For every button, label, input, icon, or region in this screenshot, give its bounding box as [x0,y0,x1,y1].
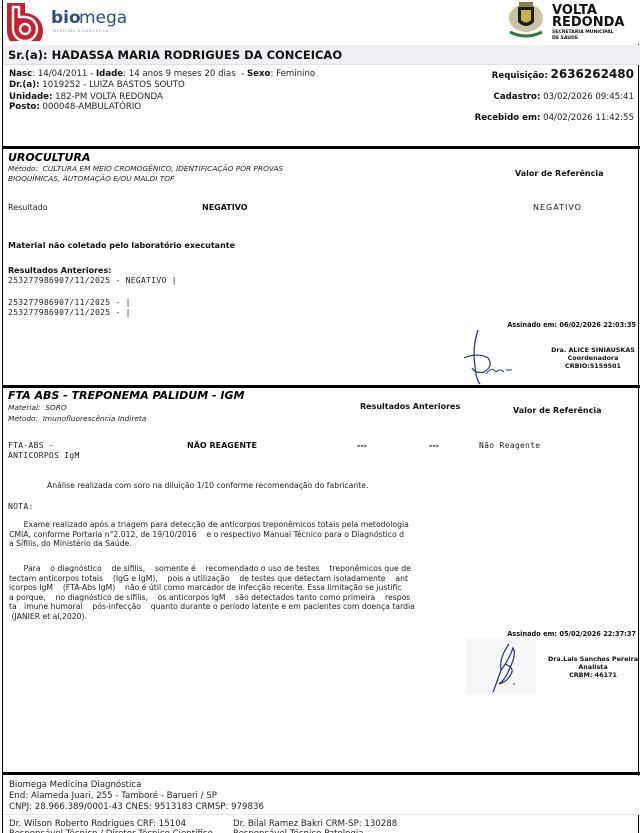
exam-material: Material: SORO [8,403,67,413]
footer-director-1-role: Responsável Técnico / Diretor Técnico Ci… [9,829,213,833]
received-date: Recebido em: 04/02/2026 11:42:55 [475,113,634,123]
previous-result-1: --- [357,441,367,450]
biomega-b-logo-icon [7,3,43,41]
svg-text:mega: mega [79,8,127,28]
previous-result: 253277986907/11/2025 - | [8,298,131,308]
footer-director-2: Dr. Bilal Ramez Bakri CRM-SP: 130288 [233,819,397,829]
exam-method: Método: CULTURA EM MEIO CROMOGÊNICO, IDE… [8,164,283,184]
footer-ids: CNPJ: 28.966.389/0001-43 CNES: 9513183 C… [9,802,264,812]
nota-label: NOTA: [8,502,34,512]
signature-image [487,640,527,696]
registered-date: Cadastro: 03/02/2026 09:45:41 [494,92,634,102]
reference-header: Valor de Referência [513,406,602,415]
section-divider [3,146,640,149]
signer-info: Dra. ALICE SINIAUSKAS Coordenadora CRBIO… [548,346,638,370]
footer-address: End: Alameda Juari, 255 - Tamboré - Baru… [9,791,217,801]
footer-company: Biomega Medicina Diagnóstica [9,780,141,790]
svg-text:MEDICINA DIAGNÓSTICA: MEDICINA DIAGNÓSTICA [53,28,109,33]
section-divider [3,385,640,388]
result-label: FTA-ABS -ANTICORPOS IgM [8,441,80,461]
previous-results-header: Resultados Anteriores: [8,266,111,275]
exam-title: FTA ABS - TREPONEMA PALIDUM - IGM [8,389,244,402]
report-header: bio mega MEDICINA DIAGNÓSTICA VOLTA REDO… [3,0,640,44]
svg-text:DE SAUDE: DE SAUDE [552,35,578,41]
analysis-note: Análise realizada com soro na diluição 1… [47,481,368,491]
section-divider [3,772,640,775]
exam-method: Método: Imunofluorescência Indireta [8,414,146,424]
previous-result-2: --- [429,441,439,450]
reference-header: Valor de Referência [515,169,604,178]
previous-results-header: Resultados Anteriores [360,402,460,411]
volta-redonda-logo: VOLTA REDONDA SECRETARIA MUNICIPAL DE SA… [488,0,638,42]
patient-unit: Unidade: 182-PM VOLTA REDONDA [9,92,163,102]
result-value: NÃO REAGENTE [187,441,257,450]
patient-post: Posto: 000048-AMBULATÓRIO [9,102,141,112]
signed-at: Assinado em: 05/02/2026 22:37:37 [507,630,636,638]
patient-doctor: Dr.(a): 1019252 - LUIZA BASTOS SOUTO [9,80,185,90]
request-number: Requisição: 2636262480 [492,67,634,81]
reference-value: Não Reagente [479,441,540,451]
svg-text:bio: bio [51,8,81,28]
patient-demographics: Nasc: 14/04/2011 - Idade: 14 anos 9 mese… [9,69,315,79]
svg-text:REDONDA: REDONDA [552,15,624,30]
previous-result: 253277986907/11/2025 - | [8,308,131,318]
note-paragraph: Para o diagnóstico de sífilis, somente é… [9,564,479,622]
biomega-logo: bio mega MEDICINA DIAGNÓSTICA [5,1,135,41]
report-footer: Biomega Medicina Diagnóstica End: Alamed… [3,776,640,815]
exam-title: UROCULTURA [8,151,90,164]
result-value: NEGATIVO [202,203,248,212]
note-paragraph: Exame realizado após a triagem para dete… [9,520,479,549]
footer-director-1: Dr. Wilson Roberto Rodrigues CRF: 15104 [9,819,186,829]
lab-report-page: bio mega MEDICINA DIAGNÓSTICA VOLTA REDO… [2,0,639,833]
result-label: Resultado [8,203,48,213]
signer-info: Dra.Lais Sanches Pereira Analista CRBM: … [543,655,641,679]
volta-redonda-coat-of-arms-icon [506,0,546,42]
signature-image [458,328,528,386]
patient-name-bar: Sr.(a): HADASSA MARIA RODRIGUES DA CONCE… [3,45,640,65]
collection-note: Material não coletado pelo laboratório e… [8,241,235,250]
svg-text:SECRETARIA MUNICIPAL: SECRETARIA MUNICIPAL [552,29,614,35]
footer-director-2-role: Responsável Técnico Patologia [233,829,364,833]
reference-value: NEGATIVO [533,203,582,213]
previous-result: 253277986907/11/2025 - NEGATIVO | [8,276,177,286]
patient-name: Sr.(a): HADASSA MARIA RODRIGUES DA CONCE… [8,48,342,62]
